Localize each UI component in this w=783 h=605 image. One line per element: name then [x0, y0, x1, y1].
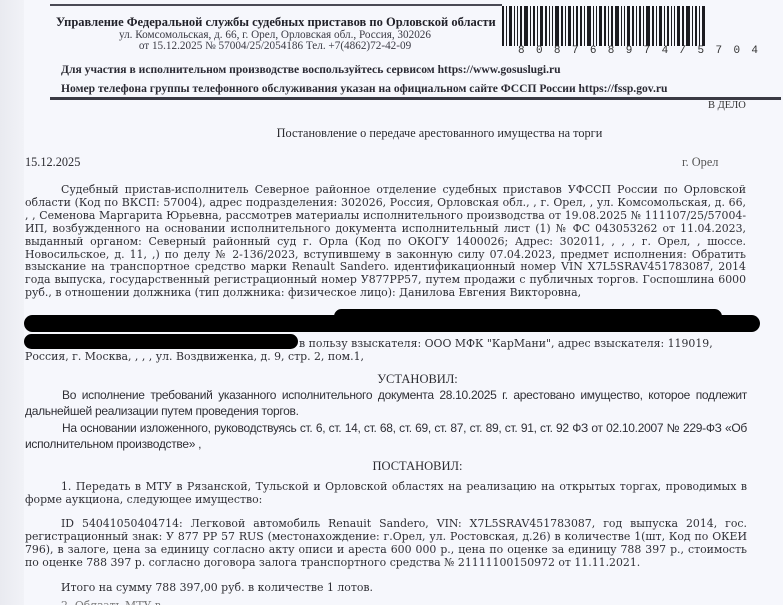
- gosuslugi-notice: Для участия в исполнительном производств…: [61, 63, 561, 76]
- scan-margin: [0, 0, 24, 605]
- barcode-digit: 7: [715, 45, 722, 57]
- organization-name: Управление Федеральной службы судебных п…: [56, 15, 494, 30]
- barcode-digit: 0: [733, 45, 740, 57]
- barcode-digit: 9: [626, 45, 633, 57]
- legal-basis-text: На основании изложенного, руководствуясь…: [25, 420, 747, 452]
- header-top-rule: [50, 4, 502, 6]
- barcode-digit: 8: [554, 45, 561, 57]
- barcode-digit: 4: [751, 45, 758, 57]
- redaction-bar: [24, 334, 298, 349]
- document-page: Управление Федеральной службы судебных п…: [24, 0, 783, 605]
- redaction-bar: [24, 315, 760, 332]
- resolution-item-1: 1. Передать в МТУ в Рязанской, Тульской …: [25, 480, 747, 506]
- claimant-text: в пользу взыскателя: ООО МФК "КарМани", …: [299, 337, 745, 350]
- filing-stamp: В ДЕЛО: [708, 100, 746, 111]
- document-reference: от 15.12.2025 № 57004/25/2054186 Тел. +7…: [56, 40, 494, 52]
- barcode-digits: 808768974/5704: [518, 45, 758, 57]
- total-amount: Итого на сумму 788 397,00 руб. в количес…: [25, 581, 747, 594]
- document-city: г. Орел: [682, 155, 718, 170]
- document-date: 15.12.2025: [25, 155, 80, 170]
- document-title: Постановление о передаче арестованного и…: [24, 126, 783, 141]
- phone-notice: Номер телефона группы телефонного обслуж…: [61, 82, 667, 95]
- barcode-digit: 6: [590, 45, 597, 57]
- property-description: ID 54041050404714: Легковой автомобиль R…: [25, 517, 747, 569]
- barcode-digit: 4: [662, 45, 669, 57]
- established-text: Во исполнение требований указанного испо…: [25, 387, 747, 419]
- barcode-digit: /: [680, 45, 687, 57]
- barcode-digit: 7: [644, 45, 651, 57]
- barcode-digit: 0: [536, 45, 543, 57]
- barcode-digit: 7: [572, 45, 579, 57]
- resolution-item-2: 2. Обязать МТУ в ...: [25, 599, 747, 605]
- established-heading: УСТАНОВИЛ:: [24, 372, 783, 387]
- barcode-digit: 8: [608, 45, 615, 57]
- claimant-address: Россия, г. Москва, , , , ул. Воздвиженка…: [25, 350, 364, 363]
- header-bottom-rule: [50, 97, 781, 100]
- barcode-digit: 5: [698, 45, 705, 57]
- resolved-heading: ПОСТАНОВИЛ:: [24, 459, 783, 474]
- barcode-icon: [502, 6, 764, 46]
- barcode-digit: 8: [518, 45, 525, 57]
